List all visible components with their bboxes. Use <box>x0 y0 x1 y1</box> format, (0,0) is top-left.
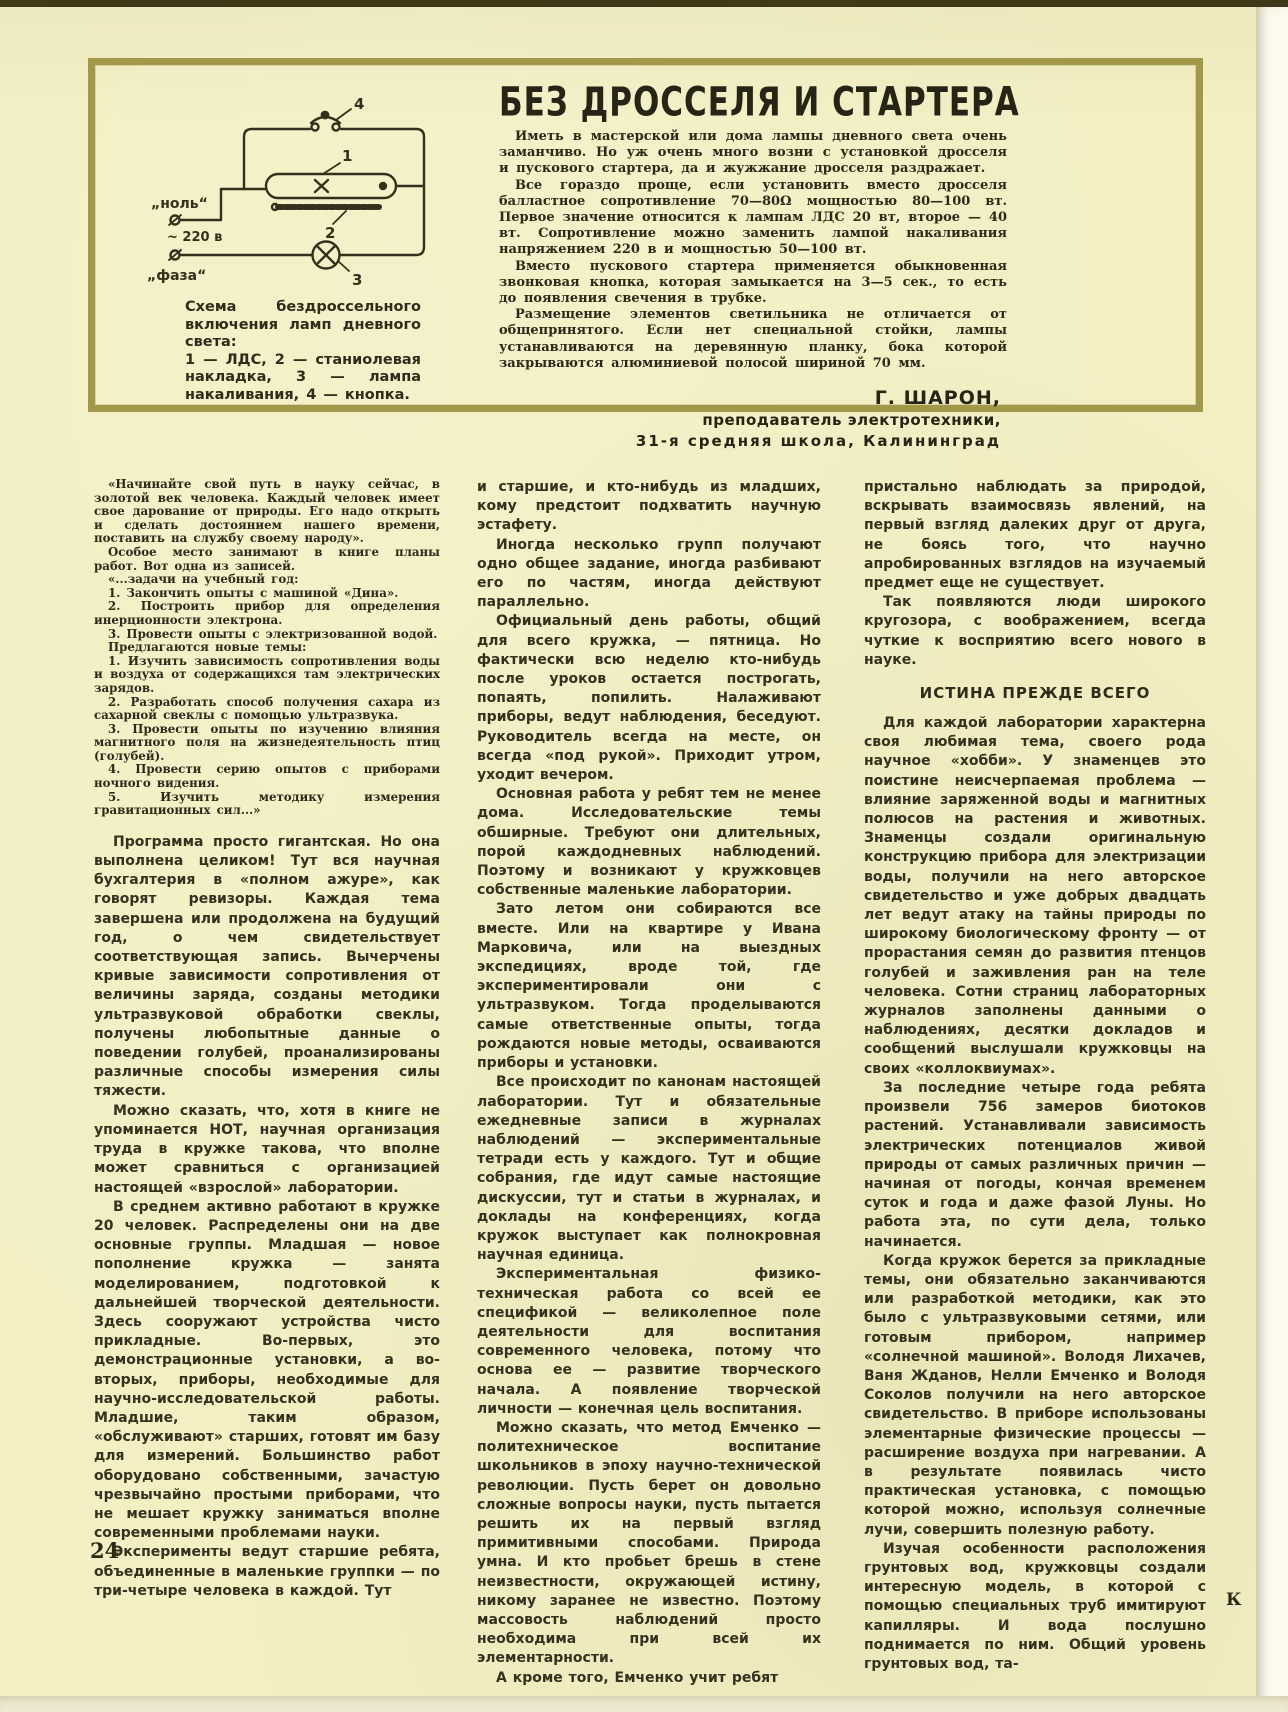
lede-paragraph: Иметь в мастерской или дома лампы дневно… <box>499 129 1007 178</box>
section-heading: ИСТИНА ПРЕЖДЕ ВСЕГО <box>864 684 1206 702</box>
button-contact-left <box>312 124 319 131</box>
figure-caption: Схема бездроссельного включения ламп дне… <box>185 299 421 404</box>
label-1: 1 <box>342 147 352 165</box>
body-paragraph: А кроме того, Емченко учит ребят <box>477 1669 821 1688</box>
article-title: БЕЗ ДРОССЕЛЯ И СТАРТЕРА <box>499 81 1007 125</box>
quote-list-item: 3. Провести опыты с электризованной водо… <box>94 628 440 642</box>
header-article-box: 1 2 3 4 „ноль“ ~ 220 в „фаза“ Схема безд… <box>88 58 1203 412</box>
quote-paragraph: «Начинайте свой путь в науку сейчас, в з… <box>94 478 440 546</box>
article-lede: Иметь в мастерской или дома лампы дневно… <box>499 129 1007 372</box>
body-paragraph: Зато летом они собираются все вместе. Ил… <box>477 900 821 1073</box>
page-right-edge <box>1256 7 1288 1712</box>
quote-list-item: 3. Провести опыты по изучению влияния ма… <box>94 723 440 764</box>
quote-list-item: 4. Провести серию опытов с приборами ноч… <box>94 763 440 790</box>
author-role: преподаватель электротехники, <box>499 410 1001 431</box>
body-paragraph: Эксперименты ведут старшие ребята, объед… <box>94 1543 440 1601</box>
author-school: 31-я средняя школа, Калининград <box>499 431 1001 452</box>
body-paragraph: Экспериментальная физико-техническая раб… <box>477 1265 821 1419</box>
lede-paragraph: Размещение элементов светильника не отли… <box>499 307 1007 372</box>
lede-paragraph: Все гораздо проще, если установить вмест… <box>499 178 1007 259</box>
quote-list-item: 2. Разработать способ получения сахара и… <box>94 696 440 723</box>
quote-list-item: 1. Изучить зависимость сопротивления вод… <box>94 655 440 696</box>
lamp-x-mark <box>317 246 336 265</box>
pointer-2 <box>333 211 346 224</box>
wire-top-left <box>244 129 310 189</box>
button-contact-right <box>333 124 340 131</box>
button-cap <box>322 112 328 118</box>
body-paragraph: Для каждой лаборатории характерна своя л… <box>864 714 1206 1079</box>
figure-caption-legend: 1 — ЛДС, 2 — станиолевая накладка, 3 — л… <box>185 352 421 405</box>
tube-dot <box>380 183 386 189</box>
pointer-1 <box>323 163 340 174</box>
quote-paragraph: Особое место занимают в книге планы рабо… <box>94 546 440 573</box>
page-bottom-edge <box>0 1696 1288 1712</box>
quote-list-item: 2. Построить прибор для определения инер… <box>94 600 440 627</box>
byline: Г. ШАРОН, преподаватель электротехники, … <box>499 386 1007 452</box>
article-body-block: Программа просто гигантская. Но она выпо… <box>94 833 440 1601</box>
body-paragraph: Иногда несколько групп получают одно общ… <box>477 536 821 613</box>
text-column-3: пристально наблюдать за природой, вскрыв… <box>864 478 1206 1674</box>
page-top-edge <box>0 0 1288 7</box>
article-header: БЕЗ ДРОССЕЛЯ И СТАРТЕРА Иметь в мастерск… <box>499 81 1007 452</box>
book-quote-block: «Начинайте свой путь в науку сейчас, в з… <box>94 478 440 818</box>
body-paragraph: Можно сказать, что, хотя в книге не упом… <box>94 1102 440 1198</box>
body-paragraph: Все происходит по канонам настоящей лабо… <box>477 1073 821 1265</box>
body-paragraph: Можно сказать, что метод Емченко — полит… <box>477 1419 821 1669</box>
pointer-3 <box>338 261 349 271</box>
quote-paragraph: «...задачи на учебный год: <box>94 573 440 587</box>
label-null: „ноль“ <box>151 196 208 212</box>
pointer-4 <box>336 109 351 120</box>
body-paragraph: и старшие, и кто-нибудь из младших, кому… <box>477 478 821 536</box>
label-voltage: ~ 220 в <box>167 230 222 245</box>
body-paragraph: Когда кружок берется за прикладные темы,… <box>864 1252 1206 1540</box>
text-column-2: и старшие, и кто-нибудь из младших, кому… <box>477 478 821 1688</box>
fluorescent-tube <box>266 174 396 198</box>
wire-top-right <box>340 129 424 255</box>
body-paragraph: В среднем активно работают в кружке 20 ч… <box>94 1198 440 1544</box>
quote-list-item: 1. Закончить опыты с машиной «Дина». <box>94 587 440 601</box>
body-paragraph: Так появляются люди широкого кругозора, … <box>864 593 1206 670</box>
label-phase: „фаза“ <box>147 268 206 284</box>
page-number: 24 <box>90 1540 119 1561</box>
body-paragraph: Основная работа у ребят тем не менее дом… <box>477 785 821 900</box>
body-paragraph: Официальный день работы, общий для всего… <box>477 612 821 785</box>
lede-paragraph: Вместо пускового стартера применяется об… <box>499 259 1007 308</box>
circuit-diagram: 1 2 3 4 „ноль“ ~ 220 в „фаза“ <box>109 77 489 297</box>
label-3: 3 <box>352 271 362 289</box>
body-paragraph: За последние четыре года ребята произвел… <box>864 1079 1206 1252</box>
label-4: 4 <box>354 95 364 113</box>
figure-caption-intro: Схема бездроссельного включения ламп дне… <box>185 299 421 352</box>
corner-mark: К <box>1226 1592 1241 1609</box>
label-2: 2 <box>325 224 335 242</box>
quote-paragraph: Предлагаются новые темы: <box>94 641 440 655</box>
body-paragraph: Изучая особенности расположения грунтовы… <box>864 1540 1206 1674</box>
author-name: Г. ШАРОН, <box>499 386 1001 410</box>
body-paragraph: пристально наблюдать за природой, вскрыв… <box>864 478 1206 593</box>
text-column-1: «Начинайте свой путь в науку сейчас, в з… <box>94 478 440 1601</box>
tube-x-mark <box>315 180 328 192</box>
body-paragraph: Программа просто гигантская. Но она выпо… <box>94 833 440 1102</box>
quote-list-item: 5. Изучить методику измерения гравитацио… <box>94 791 440 818</box>
